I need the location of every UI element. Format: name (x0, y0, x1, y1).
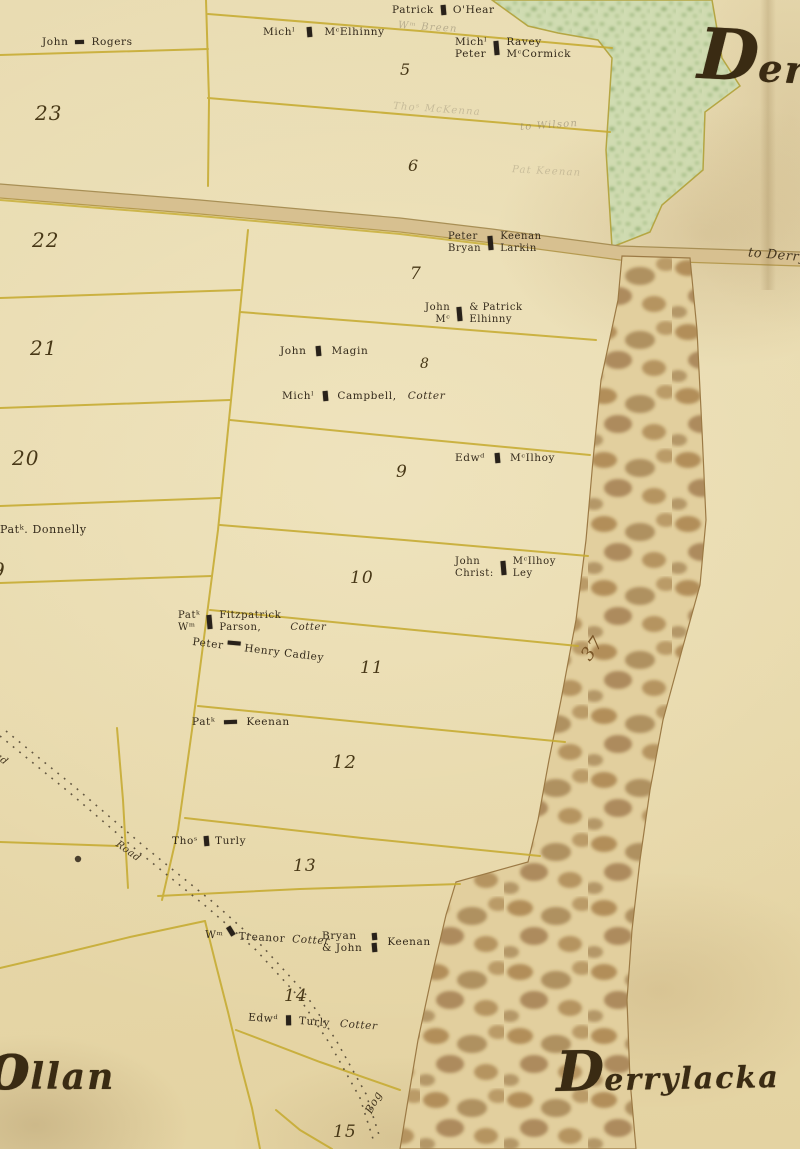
house-marks (372, 933, 377, 952)
house-mark-icon (494, 41, 500, 55)
house-mark-icon (495, 453, 501, 463)
house-mark-icon (286, 1015, 291, 1025)
tenant-name: John (42, 36, 68, 48)
tenant-name: Ravey MᶜCormick (506, 36, 571, 60)
tenant-name: Edwᵈ (248, 1011, 279, 1025)
road-band (0, 184, 800, 266)
tenant-name: Patᵏ (192, 716, 215, 728)
tenant-name: & Patrick Elhinny (469, 302, 522, 325)
tenant-name: Keenan (387, 936, 430, 948)
house-mark-icon (457, 306, 463, 320)
tenant-name: John Christ: (455, 556, 494, 579)
tenant-name: Edwᵈ (455, 452, 485, 464)
tenant-name: Bryan & John (322, 930, 362, 954)
townland-name-ollan-partial: ollan (0, 1026, 115, 1105)
parcel-number-9-left-edge: 9 (0, 558, 6, 582)
bog-strip (400, 256, 706, 1149)
parcel-number-15: 15 (333, 1122, 357, 1142)
parcel-number-22: 22 (32, 228, 59, 252)
townland-name-derrylacka: Derrylacka (555, 1036, 780, 1105)
parcel-number-7: 7 (410, 264, 422, 284)
tenant-status: Cotter (340, 1018, 378, 1033)
house-mark-icon (204, 836, 210, 846)
tenant-label-rogers: John Rogers (42, 36, 133, 48)
tenant-label-fitzpatrick: Patᵏ Wᵐ Fitzpatrick Parson, Cotter (178, 610, 326, 633)
tenant-name: Michˡ Peter (455, 36, 487, 60)
parcel-number-13: 13 (293, 856, 317, 876)
house-mark-icon (323, 391, 329, 401)
house-mark-icon (488, 235, 494, 249)
tenant-name: MᶜIlhoy Ley (513, 556, 556, 579)
tenant-name: Patᵏ. Donnelly (0, 524, 87, 537)
house-mark-icon (207, 614, 213, 628)
tenant-name: Keenan Larkin (500, 231, 541, 254)
tenant-status: Cotter (408, 390, 446, 402)
house-mark-icon (228, 641, 241, 646)
townland-name-derry-partial: Derry (696, 12, 800, 103)
parcel-number-14: 14 (284, 986, 308, 1006)
tenant-name: Michˡ (263, 26, 295, 38)
parcel-number-9: 9 (396, 462, 408, 482)
house-mark-icon (440, 5, 446, 15)
parcel-number-11: 11 (360, 658, 384, 678)
tenant-label-magin: John Magin (280, 345, 368, 357)
parcel-number-23: 23 (35, 101, 62, 125)
map-linework (0, 0, 800, 1149)
house-mark-icon (224, 720, 237, 724)
tenant-name: Thoˢ (172, 835, 198, 847)
tenant-name: Keenan (246, 716, 289, 728)
tenant-name: Turly (299, 1015, 331, 1029)
tenant-name: Michˡ (282, 390, 314, 402)
tenant-name: Campbell, (337, 390, 396, 402)
tenant-label-mcelhinny: Michˡ MᶜElhinny (263, 26, 385, 38)
tenant-name: MᶜIlhoy (510, 452, 555, 464)
tenant-label-keenan-bj: Bryan & John Keenan (322, 930, 431, 954)
house-mark-icon (307, 27, 313, 37)
tenant-name: Treanor (238, 930, 285, 944)
tenant-label-donnelly: Patᵏ. Donnelly (0, 524, 87, 537)
tenant-name: Patᵏ Wᵐ (178, 610, 200, 633)
parcel-number-12: 12 (332, 752, 357, 773)
tenant-status: Cotter (290, 622, 326, 634)
tenant-label-mccormick: Michˡ Peter Ravey MᶜCormick (455, 36, 571, 60)
house-mark-icon (372, 932, 378, 939)
tenant-label-keenan-larkin: Peter Bryan Keenan Larkin (448, 231, 542, 254)
tenant-label-elhinny: John Mᶜ & Patrick Elhinny (425, 302, 523, 325)
house-mark-icon (75, 40, 84, 44)
house-mark-icon (500, 560, 506, 574)
tenant-name: Patrick (392, 4, 434, 16)
house-mark-icon (316, 346, 322, 356)
road-top-edge (0, 184, 800, 252)
estate-map: Derry Derrylacka ollan to Derry Road roa… (0, 0, 800, 1149)
tenant-name: John (280, 345, 306, 357)
parcel-number-6: 6 (408, 156, 419, 175)
parcel-number-20: 20 (12, 446, 39, 470)
tenant-label-campbell: Michˡ Campbell, Cotter (282, 390, 445, 402)
parcel-number-21: 21 (30, 336, 57, 360)
tenant-label-turly-t: Thoˢ Turly (172, 835, 246, 847)
house-mark-icon (372, 942, 378, 951)
tenant-name: Magin (331, 345, 368, 357)
tenant-label-keenan-p: Patᵏ Keenan (192, 716, 290, 728)
parcel-number-10: 10 (350, 568, 374, 588)
tenant-name: Wᵐ (205, 929, 224, 942)
tenant-name: John Mᶜ (425, 302, 450, 325)
tenant-label-mcilhoy-ley: John Christ: MᶜIlhoy Ley (455, 556, 556, 579)
tenant-name: Rogers (91, 36, 132, 48)
tenant-name: MᶜElhinny (324, 26, 384, 38)
tenant-name: Turly (215, 835, 246, 847)
parcel-number-5: 5 (400, 60, 411, 79)
tenant-name: Fitzpatrick Parson, (219, 610, 281, 633)
ink-spot (75, 856, 81, 862)
tenant-name: Peter Bryan (448, 231, 481, 254)
tenant-label-mcilhoy: Edwᵈ MᶜIlhoy (455, 452, 555, 464)
parcel-number-8: 8 (420, 356, 430, 372)
tenant-label-ohear: Patrick O'Hear (392, 4, 495, 16)
tenant-name: O'Hear (453, 4, 495, 16)
